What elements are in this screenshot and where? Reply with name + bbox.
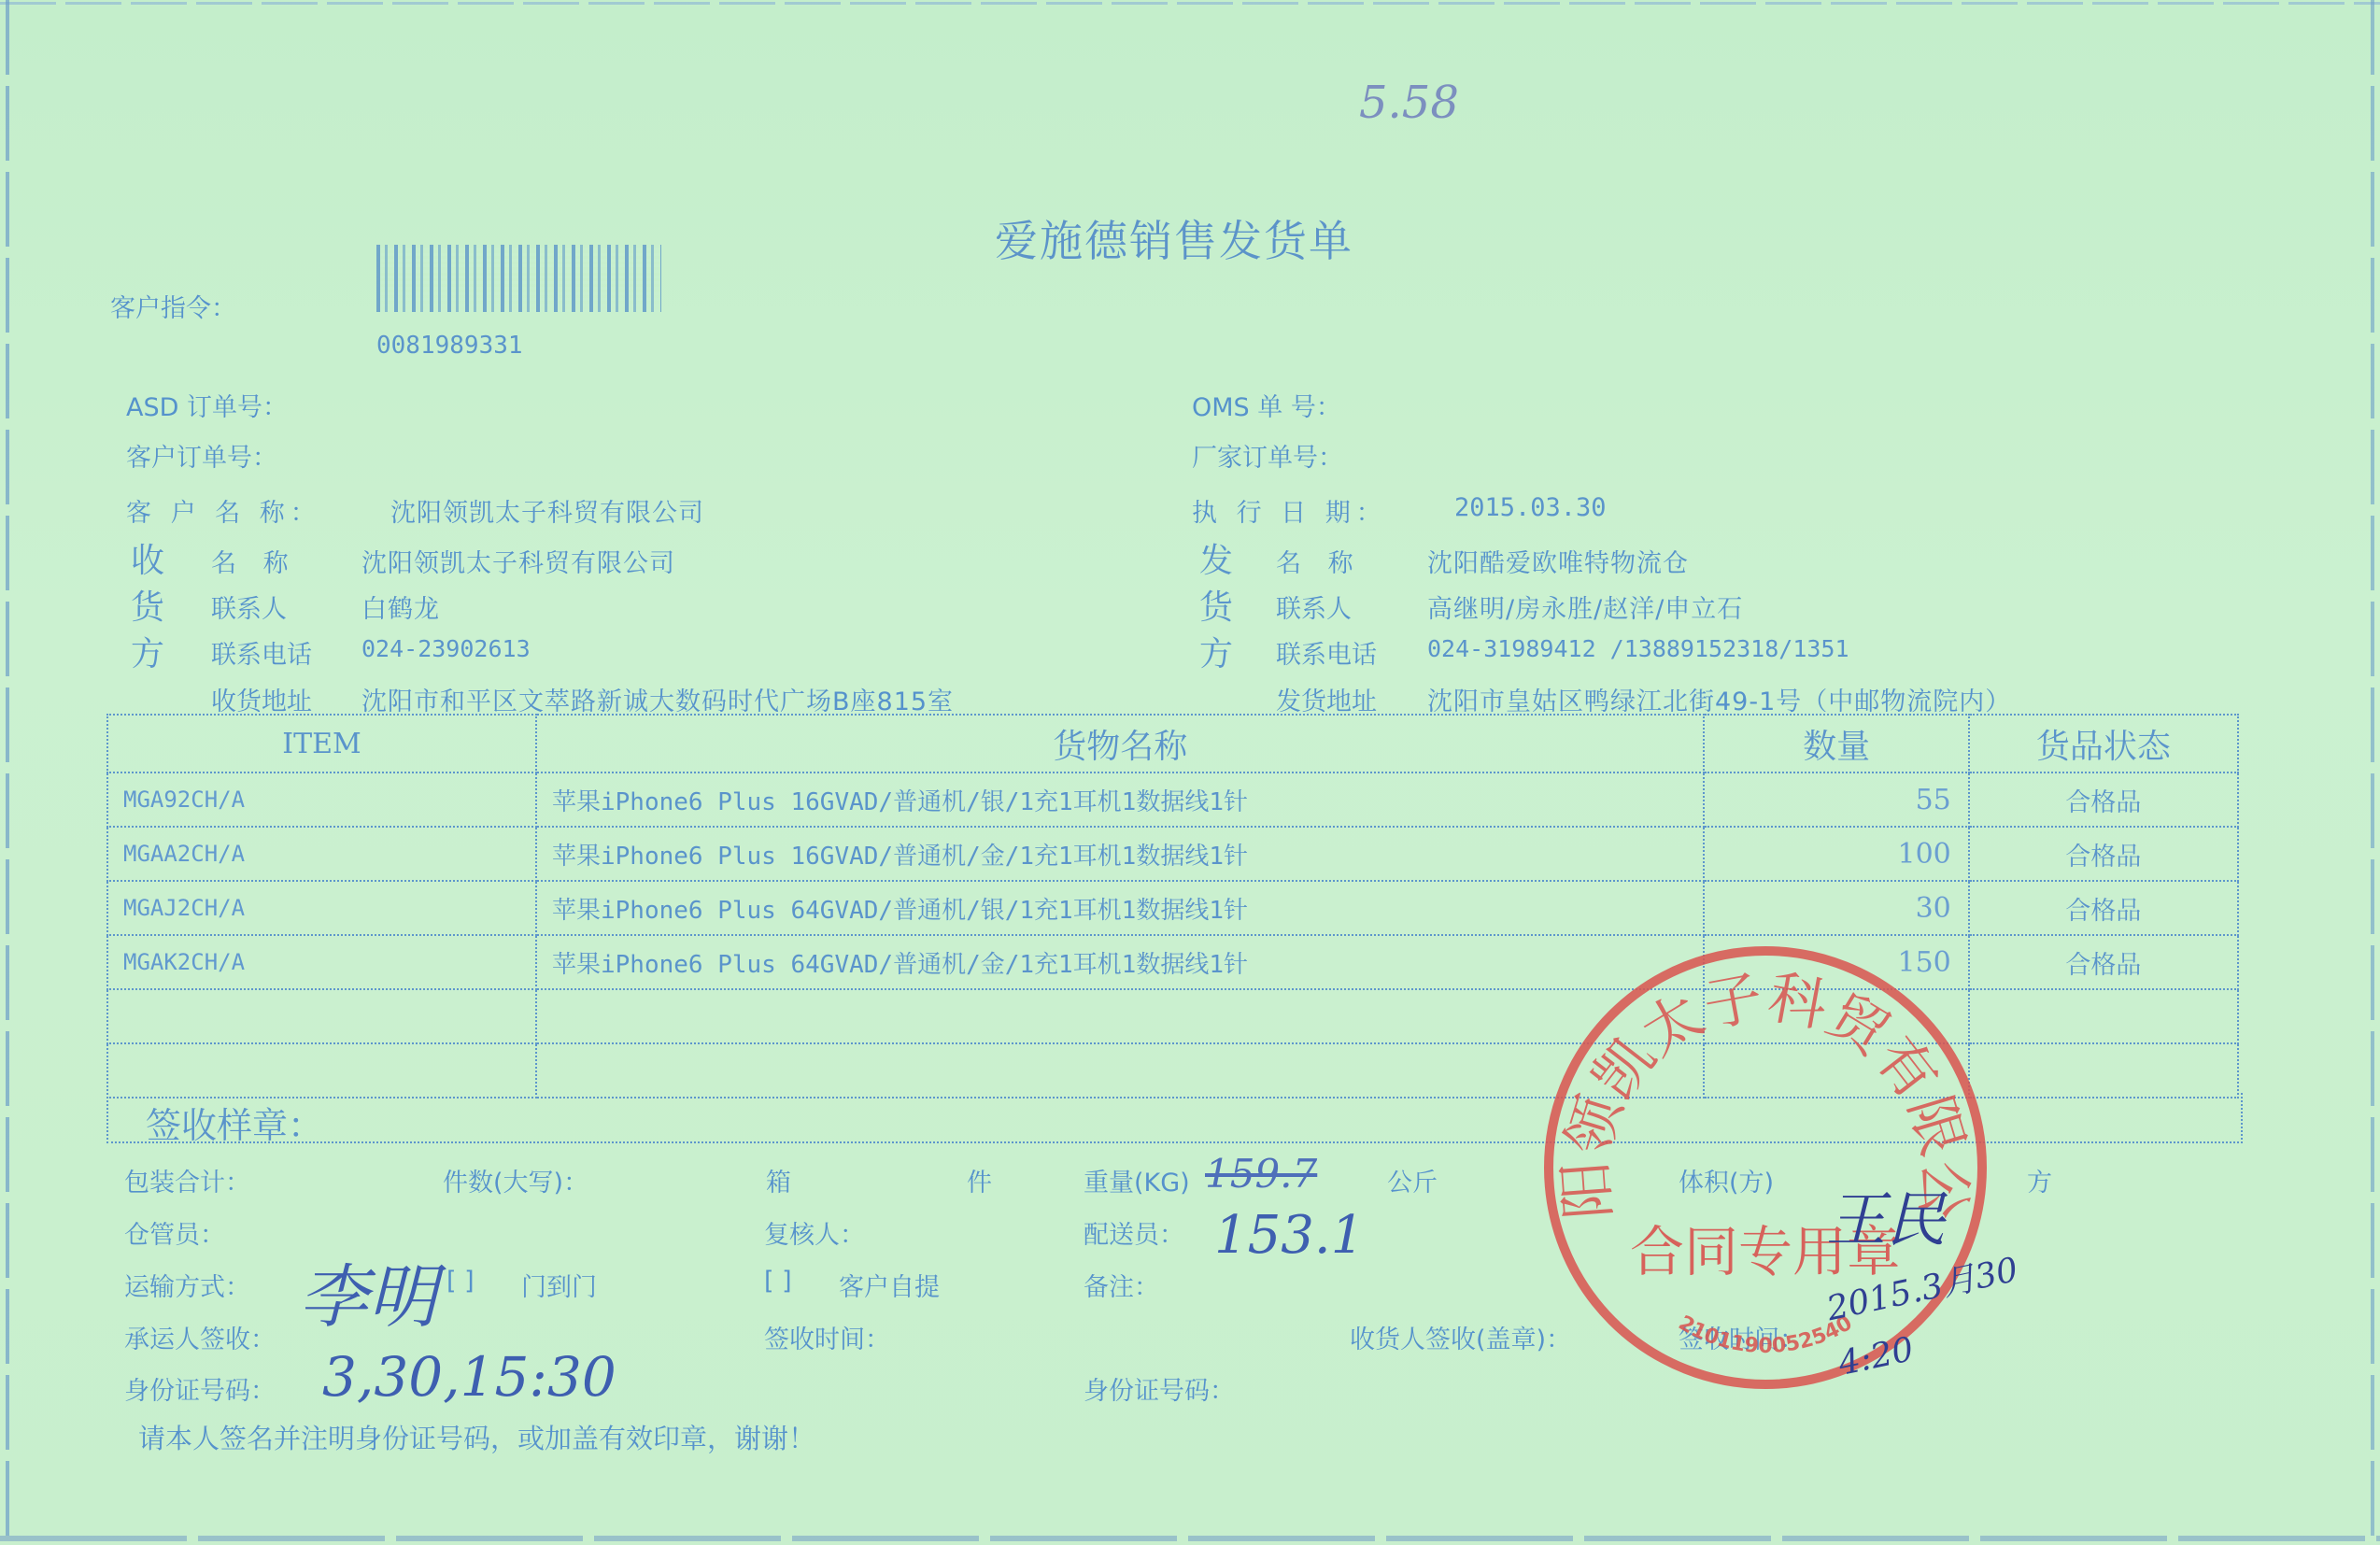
id-number-label-right: 身份证号码： <box>1084 1370 1235 1407</box>
weight-unit: 公斤 <box>1387 1162 1438 1198</box>
receiver-side-char-2: 货 <box>131 581 164 629</box>
receiver-contact-value: 白鹤龙 <box>361 588 440 625</box>
shipper-name-value: 沈阳酷爱欧唯特物流仓 <box>1427 543 1689 579</box>
package-total-label: 包装合计： <box>124 1162 250 1198</box>
box-label: 箱 <box>766 1162 791 1198</box>
shipper-side-char-3: 方 <box>1199 628 1233 675</box>
receiver-contact-label: 联系人 <box>211 588 287 625</box>
goods-item-code <box>107 1043 536 1098</box>
goods-quantity: 55 <box>1704 772 1968 827</box>
goods-name: 苹果iPhone6 Plus 64GVAD/普通机/金/1充1耳机1数据线1针 <box>536 935 1704 989</box>
goods-item-code: MGA92CH/A <box>107 772 536 827</box>
exec-date-value: 2015.03.30 <box>1454 493 1607 522</box>
shipper-name-label: 名 称 <box>1276 543 1363 579</box>
remark-label: 备注： <box>1084 1267 1159 1303</box>
customer-name-value: 沈阳领凯太子科贸有限公司 <box>390 492 704 529</box>
table-row: MGA92CH/A苹果iPhone6 Plus 16GVAD/普通机/银/1充1… <box>107 772 2238 827</box>
barcode-number: 0081989331 <box>376 332 523 360</box>
goods-status <box>1969 1043 2238 1098</box>
id-number-label-left: 身份证号码： <box>124 1370 276 1407</box>
receiver-name-value: 沈阳领凯太子科贸有限公司 <box>361 543 675 579</box>
shipper-phone-value: 024-31989412 /13889152318/1351 <box>1427 635 1849 662</box>
goods-item-code: MGAA2CH/A <box>107 827 536 881</box>
shipper-address-label: 发货地址 <box>1276 681 1377 717</box>
goods-name: 苹果iPhone6 Plus 64GVAD/普通机/银/1充1耳机1数据线1针 <box>536 881 1704 935</box>
header-status: 货品状态 <box>1969 715 2238 772</box>
header-quantity: 数量 <box>1704 715 1968 772</box>
customer-instruction-label: 客户指令： <box>110 288 236 324</box>
warehouse-keeper-label: 仓管员： <box>124 1214 225 1251</box>
receiver-address-value: 沈阳市和平区文萃路新诚大数码时代广场B座815室 <box>361 681 954 717</box>
receiver-handwritten-sign: 王民 <box>1826 1172 1946 1258</box>
carrier-signature: 李明 <box>299 1242 437 1341</box>
customer-name-label: 客 户 名 称： <box>126 492 321 529</box>
document-title: 爱施德销售发货单 <box>995 207 1353 269</box>
table-row: MGAJ2CH/A苹果iPhone6 Plus 64GVAD/普通机/银/1充1… <box>107 881 2238 935</box>
perforation-top <box>0 2 2380 5</box>
shipper-side-char-1: 发 <box>1199 534 1233 582</box>
goods-quantity: 30 <box>1704 881 1968 935</box>
table-row: MGAA2CH/A苹果iPhone6 Plus 16GVAD/普通机/金/1充1… <box>107 827 2238 881</box>
goods-item-code <box>107 989 536 1043</box>
goods-status: 合格品 <box>1969 772 2238 827</box>
shipper-contact-label: 联系人 <box>1276 588 1352 625</box>
signature-notice: 请本人签名并注明身份证号码，或加盖有效印章，谢谢！ <box>138 1418 815 1456</box>
customer-order-label: 客户订单号： <box>126 437 277 474</box>
barcode-icon <box>376 245 661 312</box>
receiver-phone-value: 024-23902613 <box>361 635 531 662</box>
goods-item-code: MGAK2CH/A <box>107 935 536 989</box>
exec-date-label: 执 行 日 期： <box>1192 492 1387 529</box>
door-to-door-checkbox[interactable]: [ ] <box>446 1267 475 1296</box>
receiver-phone-label: 联系电话 <box>211 634 312 671</box>
perforation-left <box>6 0 9 1545</box>
goods-name: 苹果iPhone6 Plus 16GVAD/普通机/金/1充1耳机1数据线1针 <box>536 827 1704 881</box>
asd-order-label: ASD 订单号： <box>126 387 288 423</box>
oms-label: OMS 单 号： <box>1192 387 1341 423</box>
carrier-sign-label: 承运人签收： <box>124 1319 276 1355</box>
perforation-right <box>2371 0 2374 1545</box>
weight-label: 重量(KG) <box>1084 1162 1190 1198</box>
reviewer-label: 复核人： <box>764 1214 865 1251</box>
self-pickup-label: 客户自提 <box>839 1267 940 1303</box>
receiver-side-char-1: 收 <box>131 534 164 582</box>
handwritten-top-note: 5.58 <box>1359 77 1459 129</box>
header-item: ITEM <box>107 715 536 772</box>
receiver-address-label: 收货地址 <box>211 681 312 717</box>
perforation-bottom <box>0 1536 2380 1541</box>
weight-crossed-value: 159.7 <box>1205 1151 1317 1197</box>
id-number-handwritten: 3,30,15:30 <box>322 1345 616 1409</box>
table-header-row: ITEM 货物名称 数量 货品状态 <box>107 715 2238 772</box>
receiver-name-label: 名 称 <box>211 543 298 579</box>
signature-sample-label: 签收样章： <box>146 1097 323 1148</box>
transport-label: 运输方式： <box>124 1267 250 1303</box>
goods-quantity: 100 <box>1704 827 1968 881</box>
shipper-side-char-2: 货 <box>1199 581 1233 629</box>
goods-name: 苹果iPhone6 Plus 16GVAD/普通机/银/1充1耳机1数据线1针 <box>536 772 1704 827</box>
goods-status: 合格品 <box>1969 935 2238 989</box>
goods-status: 合格品 <box>1969 827 2238 881</box>
weight-handwritten-value: 153.1 <box>1214 1205 1364 1266</box>
goods-status <box>1969 989 2238 1043</box>
piece-label: 件 <box>967 1162 992 1198</box>
shipper-phone-label: 联系电话 <box>1276 634 1377 671</box>
deliverer-label: 配送员： <box>1084 1214 1184 1251</box>
goods-status: 合格品 <box>1969 881 2238 935</box>
goods-item-code: MGAJ2CH/A <box>107 881 536 935</box>
shipper-contact-value: 高继明/房永胜/赵洋/申立石 <box>1427 588 1743 625</box>
door-to-door-label: 门到门 <box>521 1267 597 1303</box>
shipper-address-value: 沈阳市皇姑区鸭绿江北街49-1号（中邮物流院内） <box>1427 681 2011 717</box>
goods-name <box>536 1043 1704 1098</box>
piece-count-label: 件数(大写)： <box>443 1162 588 1198</box>
factory-order-label: 厂家订单号： <box>1192 437 1343 474</box>
header-goods-name: 货物名称 <box>536 715 1704 772</box>
volume-unit: 方 <box>2027 1162 2052 1198</box>
self-pickup-checkbox[interactable]: [ ] <box>764 1267 792 1296</box>
goods-name <box>536 989 1704 1043</box>
receiver-side-char-3: 方 <box>131 628 164 675</box>
sign-time-label-left: 签收时间： <box>764 1319 890 1355</box>
